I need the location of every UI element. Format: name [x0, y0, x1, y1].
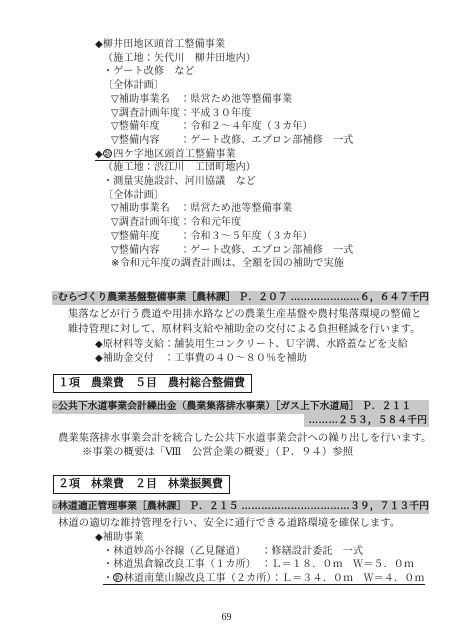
plan-detail-row: ▽補助事業名 ：県営ため池等整備事業	[111, 93, 453, 107]
section-heading-wrap: １項 農業費 ５目 農村総合整備費	[53, 373, 453, 393]
plan-detail-row: ▽補助事業名 ：県営ため池等整備事業	[111, 202, 453, 216]
plan-detail-row: ▽整備内容 ：ゲート改修、エプロン部補修 一式	[111, 244, 453, 258]
dot-leader: ………	[308, 415, 338, 426]
document-page: ◆柳井田地区頭首工整備事業 （施工地：矢代川 柳井田地内） ・ゲート改修 など …	[0, 0, 453, 640]
plan-detail-row: ▽整備年度 ：令和３～５年度（３カ年）	[111, 230, 453, 244]
program-amount-line: ………２５３，５８４千円	[52, 414, 429, 428]
diamond-bullet: ◆	[95, 149, 103, 160]
program-description: 集落などが行う農道や用排水路などの農業生産基盤や農村集落環境の整備と維持管理に対…	[68, 308, 430, 337]
plan-detail-row: ▽整備年度 ：令和２～４年度（３カ年）	[111, 120, 453, 134]
section-heading-wrap: ２項 林業費 ２目 林業振興費	[53, 474, 453, 494]
project-note: ※令和元年度の調査計画は、全額を国の補助で実施	[111, 257, 453, 271]
program-bullets: ◆原材料等支給：舗装用生コンクリート、Ｕ字溝、水路蓋などを支給 ◆補助金交付 ：…	[0, 338, 453, 366]
rindo-subsidy-list: ◆補助事業 ・林道妙高小谷線（乙見隧道） ：修繕設計委託 一式 ・林道黒倉線改良…	[0, 531, 453, 585]
rindo-item: ・林道妙高小谷線（乙見隧道） ：修繕設計委託 一式	[103, 545, 453, 558]
new-project-circle-mark: 新	[103, 149, 113, 159]
project-plan-label: 〔全体計画〕	[103, 189, 453, 203]
program-heading-murazukuri: ○むらづくり農業基盤整備事業［農林課］ Ｐ．２０７ ………………………………………	[52, 291, 429, 305]
section-heading-forestry: ２項 林業費 ２目 林業振興費	[53, 475, 230, 494]
dot-leader: ……………………………………	[241, 500, 350, 514]
program-title: ○公共下水道事業会計繰出金（農業集落排水事業）［ガス上下水道局］ Ｐ．２１１	[52, 400, 411, 414]
dot-bullet: ・	[103, 573, 113, 584]
bullet-subsidy: ◆補助金交付 ：工事費の４０～８０％を補助	[95, 352, 453, 366]
program-description: 農業集落排水事業会計を統合した公共下水道事業会計への繰り出しを行います。	[58, 432, 453, 447]
program-amount: ２５３，５８４千円	[338, 415, 427, 426]
project-plan-label: 〔全体計画〕	[103, 79, 453, 93]
project-block-yanaida: ◆柳井田地区頭首工整備事業 （施工地：矢代川 柳井田地内） ・ゲート改修 など …	[0, 38, 453, 148]
new-project-circle-mark: 新	[113, 573, 123, 583]
program-reference-note: ※事業の概要は「Ⅷ 公営企業の概要」（Ｐ．９４）参照	[82, 446, 453, 461]
plan-detail-row: ▽調査計画年度：令和元年度	[111, 216, 453, 230]
project-site: （施工地：矢代川 柳井田地内）	[103, 52, 453, 66]
project-title-new: ◆新四ケ字地区頭首工整備事業	[95, 148, 453, 162]
bullet-materials: ◆原材料等支給：舗装用生コンクリート、Ｕ字溝、水路蓋などを支給	[95, 338, 453, 352]
project-title-text: 四ケ字地区頭首工整備事業	[113, 149, 235, 160]
rindo-item-new: ・新林道南葉山線改良工事（２カ所）：Ｌ＝３４．０ｍ Ｗ＝４．０ｍ	[103, 572, 453, 585]
page-number: 69	[0, 612, 453, 623]
program-heading-rindo: ○林道適正管理事業［農林課］ Ｐ．２１５ …………………………………… ３９，７…	[52, 500, 429, 514]
program-amount: ３９，７１３千円	[350, 500, 429, 514]
project-work: ・測量実施設計、河川協議 など	[103, 175, 453, 189]
program-description: 林道の適切な維持管理を行い、安全に通行できる道路環境を確保します。	[58, 517, 453, 532]
project-title: ◆柳井田地区頭首工整備事業	[95, 38, 453, 52]
plan-detail-row: ▽整備内容 ：ゲート改修、エプロン部補修 一式	[111, 134, 453, 148]
subsidy-label: ◆補助事業	[95, 531, 453, 544]
dot-leader: ……………………………………	[290, 291, 359, 305]
project-work: ・ゲート改修 など	[103, 65, 453, 79]
plan-detail-row: ▽調査計画年度：平成３０年度	[111, 107, 453, 121]
program-title: ○林道適正管理事業［農林課］ Ｐ．２１５	[52, 500, 241, 514]
rindo-item: ・林道黒倉線改良工事（１カ所） ：Ｌ＝１８．０ｍ Ｗ＝５．０ｍ	[103, 558, 453, 571]
project-site: （施工地：渋江川 工団町地内）	[103, 161, 453, 175]
section-heading-agriculture: １項 農業費 ５目 農村総合整備費	[53, 374, 252, 393]
rindo-item-text: 林道南葉山線改良工事（２カ所）：Ｌ＝３４．０ｍ Ｗ＝４．０ｍ	[124, 573, 425, 584]
program-amount: ６，６４７千円	[360, 291, 429, 305]
program-heading-sewer: ○公共下水道事業会計繰出金（農業集落排水事業）［ガス上下水道局］ Ｐ．２１１	[52, 400, 429, 414]
program-title: ○むらづくり農業基盤整備事業［農林課］ Ｐ．２０７	[52, 291, 290, 305]
project-block-shikaaza: ◆新四ケ字地区頭首工整備事業 （施工地：渋江川 工団町地内） ・測量実施設計、河…	[0, 148, 453, 271]
